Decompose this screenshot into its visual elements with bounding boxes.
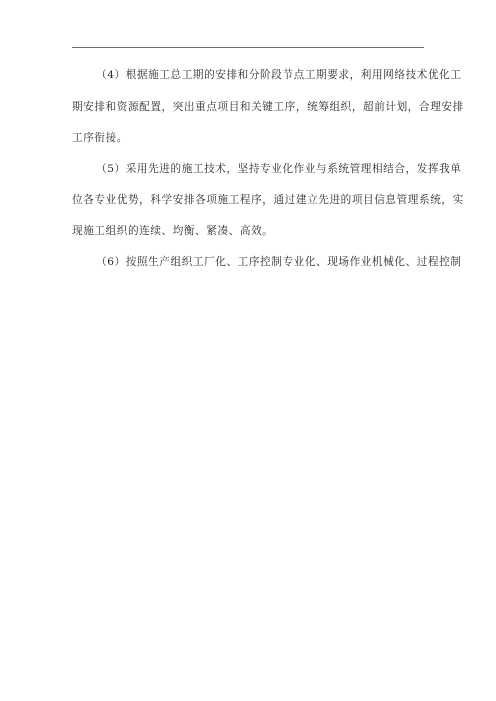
- paragraph-4-line-1: （4）根据施工总工期的安排和分阶段节点工期要求，利用网络技术优化工: [96, 68, 456, 82]
- header-divider: [72, 47, 424, 48]
- paragraph-6-line-1: （6）按照生产组织工厂化、工序控制专业化、现场作业机械化、过程控制: [96, 255, 456, 269]
- paragraph-5-line-1: （5）采用先进的施工技术，坚持专业化作业与系统管理相结合，发挥我单: [96, 162, 456, 176]
- document-page: （4）根据施工总工期的安排和分阶段节点工期要求，利用网络技术优化工 期安排和资源…: [0, 0, 496, 701]
- paragraph-4-line-3: 工序衔接。: [72, 131, 432, 145]
- paragraph-5-line-3: 现施工组织的连续、均衡、紧凑、高效。: [72, 224, 432, 238]
- paragraph-5-line-2: 位各专业优势，科学安排各项施工程序，通过建立先进的项目信息管理系统，实: [72, 193, 432, 207]
- paragraph-4-line-2: 期安排和资源配置，突出重点项目和关键工序，统筹组织，超前计划，合理安排: [72, 100, 432, 114]
